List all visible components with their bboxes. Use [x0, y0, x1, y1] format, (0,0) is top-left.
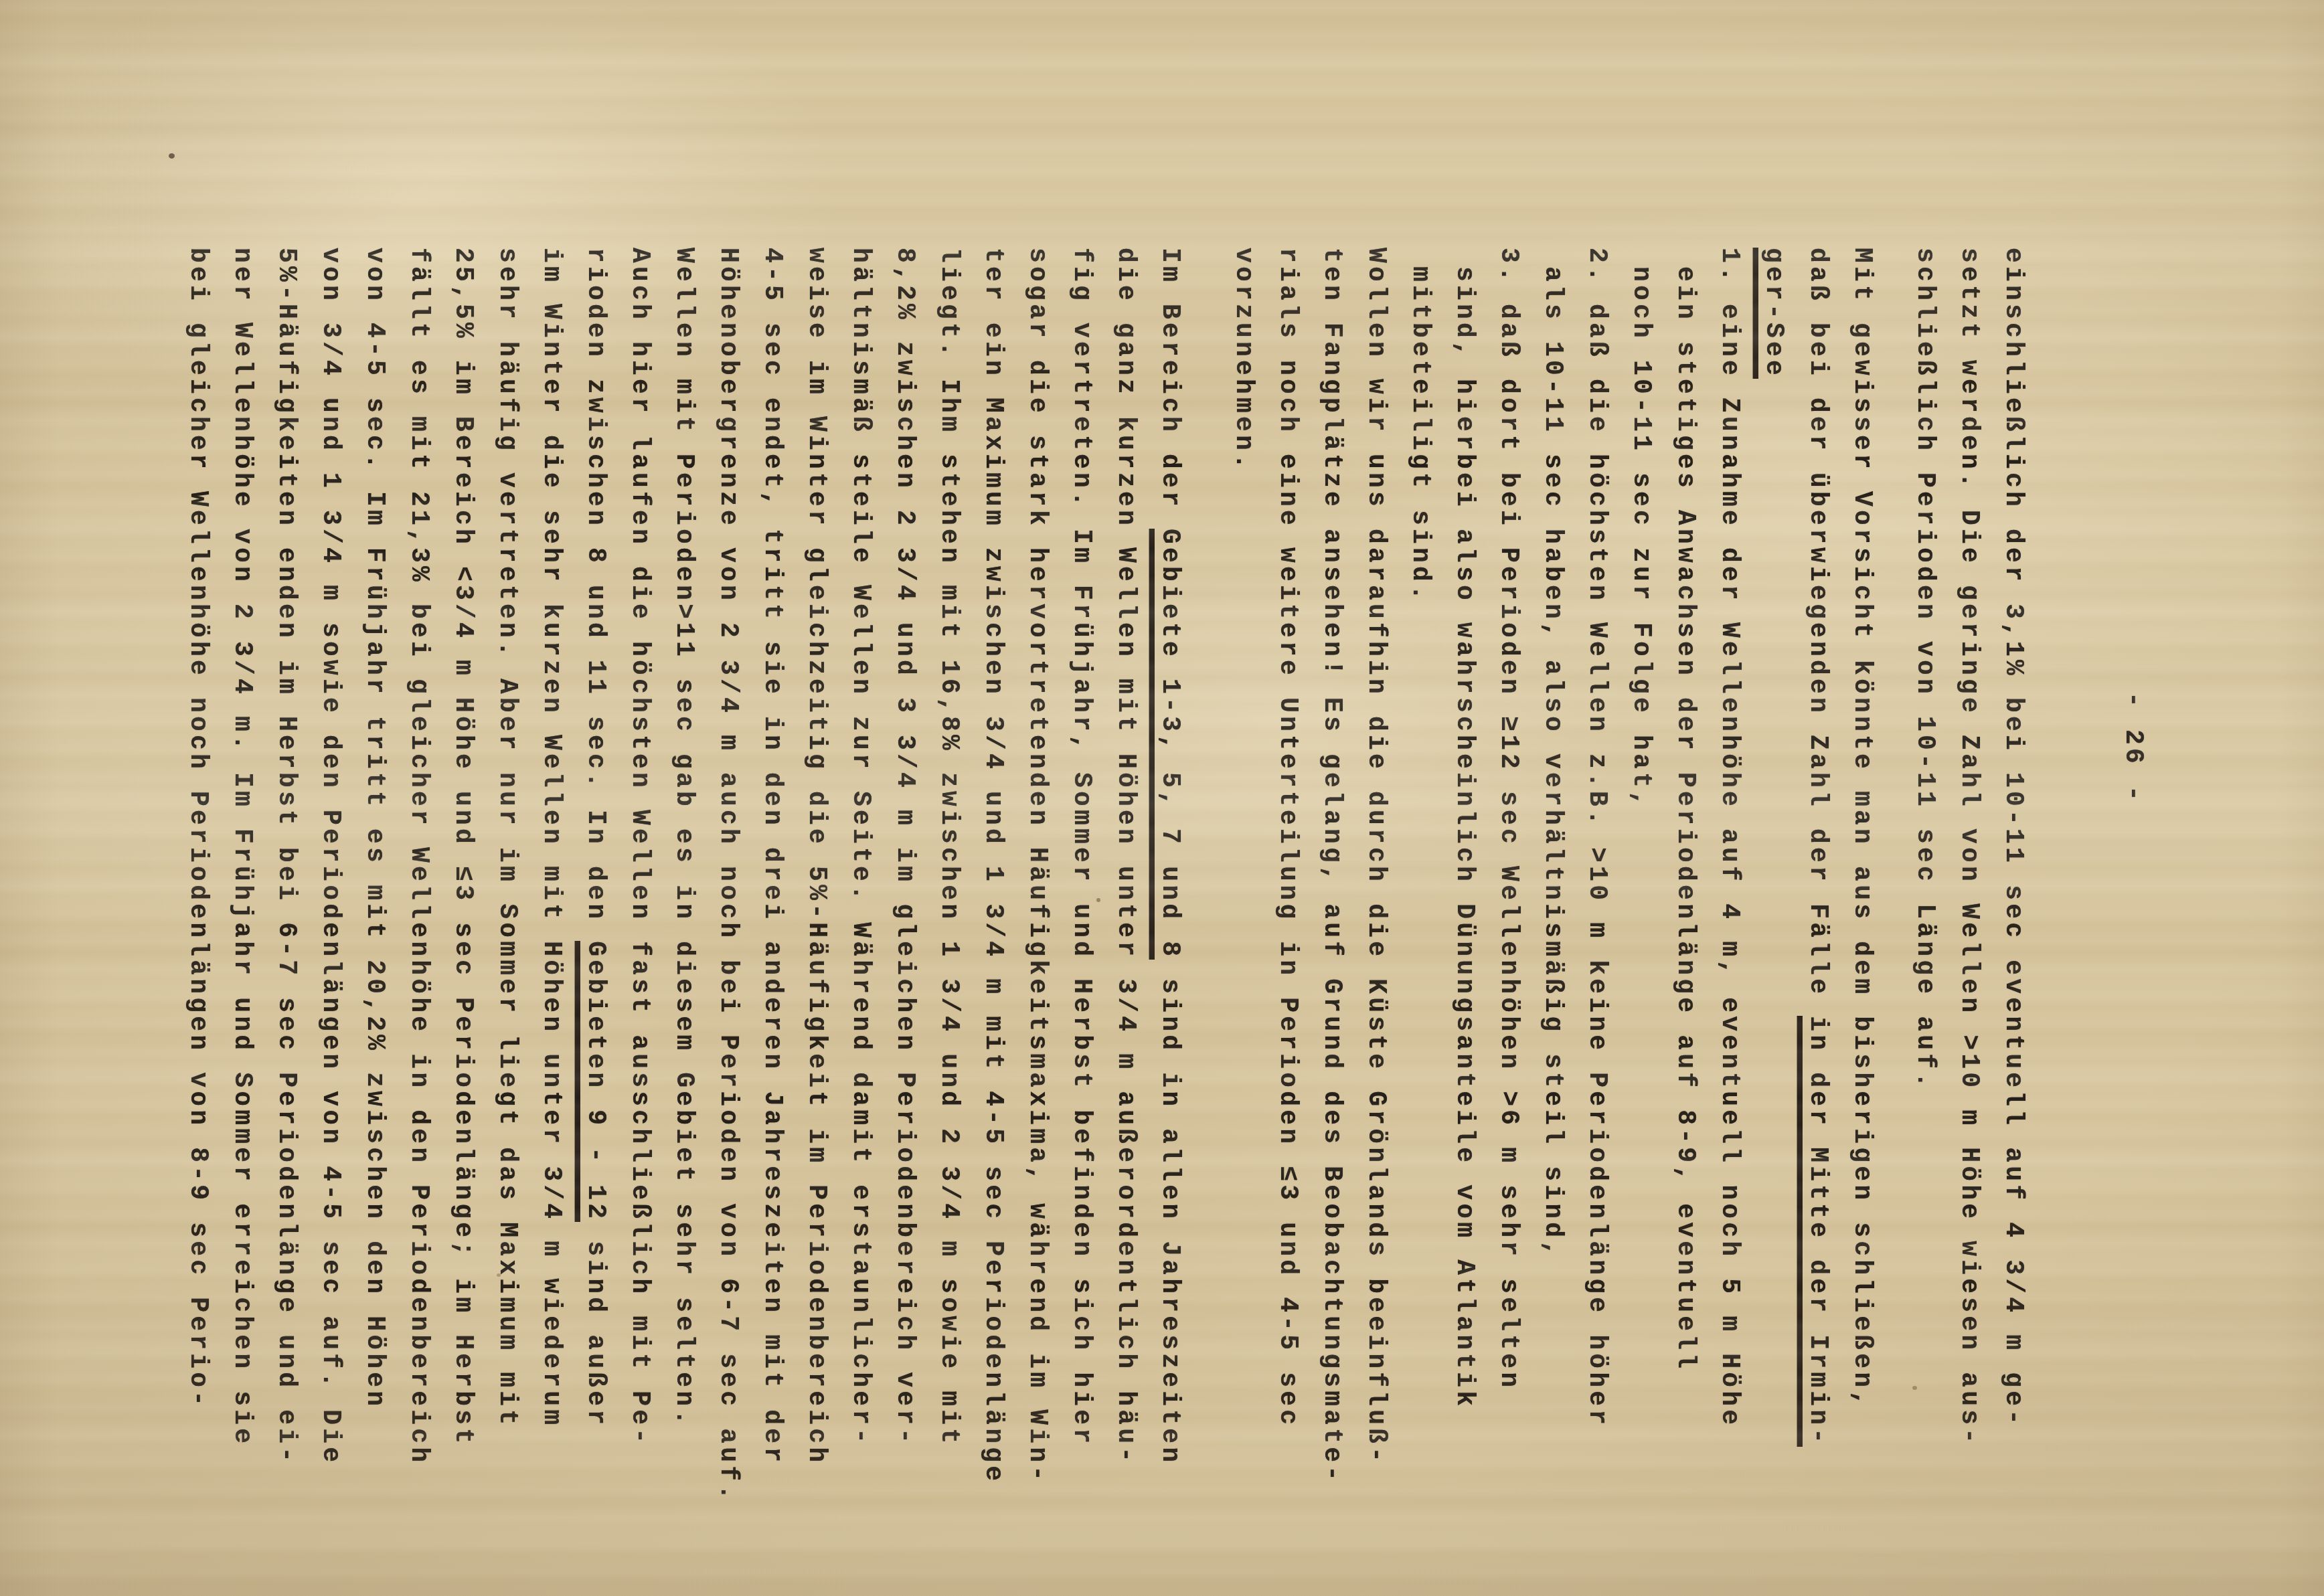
- text-segment: als 10-11 sec haben, also verhältnismäßi…: [1538, 266, 1567, 1259]
- text-segment: fällt es mit 21,3% bei gleicher Wellenhö…: [404, 248, 433, 1466]
- paper-speck: [1912, 1386, 1917, 1390]
- text-segment: rials noch eine weitere Unterteilung in …: [1273, 248, 1302, 1428]
- text-line: weise im Winter gleichzeitig die 5%-Häuf…: [794, 248, 838, 1503]
- text-line: als 10-11 sec haben, also verhältnismäßi…: [1530, 248, 1574, 1503]
- text-segment: Im Bereich der: [1155, 248, 1184, 529]
- text-segment: sehr häufig vertreten. Aber nur im Somme…: [493, 248, 521, 1428]
- text-segment: 4-5 sec endet, tritt sie in den drei and…: [758, 248, 786, 1466]
- text-segment: sind, hierbei also wahrscheinlich Dünung…: [1450, 266, 1479, 1409]
- underlined-text: in der Mitte der Irmin-: [1797, 1016, 1832, 1447]
- text-segment: rioden zwischen 8 und 11 sec. In den: [581, 248, 610, 941]
- text-segment: schließlich Perioden von 10-11 sec Länge…: [1910, 248, 1939, 1091]
- text-line: ten Fangplätze ansehen! Es gelang, auf G…: [1309, 248, 1353, 1503]
- text-line: 5%-Häufigkeiten enden im Herbst bei 6-7 …: [264, 248, 308, 1503]
- text-segment: daß bei der überwiegenden Zahl der Fälle: [1803, 248, 1832, 1016]
- text-segment: sind außer: [581, 1222, 610, 1428]
- text-segment: Auch hier laufen die höchsten Wellen fas…: [625, 248, 654, 1447]
- text-segment: 2. daß die höchsten Wellen z.B. >10 m ke…: [1582, 248, 1611, 1428]
- text-line: einschließlich der 3,1% bei 10-11 sec ev…: [1991, 248, 2035, 1503]
- text-line: 25,5% im Bereich <3/4 m Höhe und ≤3 sec …: [440, 248, 485, 1503]
- text-segment: Höhenobergrenze von 2 3/4 m auch noch be…: [714, 248, 742, 1503]
- text-line: von 4-5 sec. Im Frühjahr tritt es mit 20…: [352, 248, 396, 1503]
- paper-speck: [169, 153, 175, 159]
- text-line: rioden zwischen 8 und 11 sec. In den Geb…: [573, 248, 617, 1503]
- text-line: rials noch eine weitere Unterteilung in …: [1265, 248, 1309, 1503]
- text-line: noch 10-11 sec zur Folge hat,: [1618, 248, 1663, 1503]
- text-segment: weise im Winter gleichzeitig die 5%-Häuf…: [802, 248, 831, 1466]
- text-segment: hältnismäß steile Wellen zur Seite. Währ…: [846, 248, 875, 1447]
- text-segment: Wellen mit Perioden>11 sec gab es in die…: [669, 248, 698, 1428]
- text-line: daß bei der überwiegenden Zahl der Fälle…: [1795, 248, 1839, 1503]
- text-segment: sogar die stark hervortretenden Häufigke…: [1023, 248, 1052, 1484]
- text-line: im Winter die sehr kurzen Wellen mit Höh…: [529, 248, 573, 1503]
- text-line: ger-See: [1751, 248, 1795, 1503]
- text-segment: noch 10-11 sec zur Folge hat,: [1627, 266, 1655, 810]
- text-segment: von 3/4 und 1 3/4 m sowie den Periodenlä…: [316, 248, 345, 1466]
- text-segment: ein stetiges Anwachsen der Periodenlänge…: [1671, 266, 1699, 1372]
- text-line: Höhenobergrenze von 2 3/4 m auch noch be…: [705, 248, 750, 1503]
- text-segment: die ganz kurzen Wellen mit Höhen unter 3…: [1111, 248, 1140, 1466]
- text-segment: fig vertreten. Im Frühjahr, Sommer und H…: [1067, 248, 1096, 1447]
- text-line: hältnismäß steile Wellen zur Seite. Währ…: [838, 248, 882, 1503]
- text-line: 2. daß die höchsten Wellen z.B. >10 m ke…: [1574, 248, 1618, 1503]
- text-segment: ter ein Maximum zwischen 3/4 und 1 3/4 m…: [979, 248, 1007, 1484]
- paper-speck: [497, 1273, 501, 1277]
- text-line: die ganz kurzen Wellen mit Höhen unter 3…: [1103, 248, 1147, 1503]
- text-segment: einschließlich der 3,1% bei 10-11 sec ev…: [1999, 248, 2027, 1428]
- text-line: Wellen mit Perioden>11 sec gab es in die…: [661, 248, 705, 1503]
- text-segment: 3. daß dort bei Perioden ≥12 sec Wellenh…: [1494, 248, 1523, 1391]
- text-line: fällt es mit 21,3% bei gleicher Wellenhö…: [396, 248, 440, 1503]
- text-line: setzt werden. Die geringe Zahl von Welle…: [1946, 248, 1991, 1503]
- text-segment: bei gleicher Wellenhöhe noch Periodenlän…: [183, 248, 212, 1409]
- underlined-text: ger-See: [1753, 248, 1788, 379]
- paper-speck: [1096, 898, 1100, 902]
- text-segment: ner Wellenhöhe von 2 3/4 m. Im Frühjahr …: [228, 248, 256, 1447]
- text-line: Mit gewisser Vorsicht könnte man aus dem…: [1839, 248, 1884, 1503]
- text-line: ner Wellenhöhe von 2 3/4 m. Im Frühjahr …: [220, 248, 264, 1503]
- text-line: 8,2% zwischen 2 3/4 und 3 3/4 m im gleic…: [882, 248, 926, 1503]
- text-segment: sind in allen Jahreszeiten: [1155, 960, 1184, 1466]
- text-segment: 1. eine Zunahme der Wellenhöhe auf 4 m, …: [1715, 248, 1744, 1428]
- underlined-text: Gebiete 1-3, 5, 7 und 8: [1149, 529, 1184, 960]
- text-segment: Mit gewisser Vorsicht könnte man aus dem…: [1847, 248, 1876, 1409]
- text-line: sogar die stark hervortretenden Häufigke…: [1015, 248, 1059, 1503]
- text-line: liegt. Ihm stehen mit 16,8% zwischen 1 3…: [926, 248, 971, 1503]
- text-line: vorzunehmen.: [1221, 248, 1265, 1503]
- text-block: einschließlich der 3,1% bei 10-11 sec ev…: [175, 248, 2035, 1503]
- text-line: ter ein Maximum zwischen 3/4 und 1 3/4 m…: [971, 248, 1015, 1503]
- text-line: mitbeteiligt sind.: [1398, 248, 1442, 1503]
- scanned-document-screenshot: { "document": { "kind": "scanned typewri…: [0, 0, 2324, 1596]
- text-segment: von 4-5 sec. Im Frühjahr tritt es mit 20…: [360, 248, 389, 1409]
- text-line: Auch hier laufen die höchsten Wellen fas…: [617, 248, 661, 1503]
- typed-sheet: - 26 - einschließlich der 3,1% bei 10-11…: [0, 0, 2324, 1596]
- text-segment: 25,5% im Bereich <3/4 m Höhe und ≤3 sec …: [448, 248, 477, 1447]
- text-line: von 3/4 und 1 3/4 m sowie den Periodenlä…: [308, 248, 352, 1503]
- text-segment: mitbeteiligt sind.: [1406, 266, 1434, 604]
- text-line: sehr häufig vertreten. Aber nur im Somme…: [485, 248, 529, 1503]
- text-segment: liegt. Ihm stehen mit 16,8% zwischen 1 3…: [934, 248, 963, 1447]
- underlined-text: Gebieten 9 - 12: [575, 941, 610, 1222]
- page-number: - 26 -: [2119, 692, 2147, 804]
- text-segment: Wollen wir uns daraufhin die durch die K…: [1361, 248, 1390, 1466]
- text-line: 3. daß dort bei Perioden ≥12 sec Wellenh…: [1486, 248, 1530, 1503]
- text-segment: 8,2% zwischen 2 3/4 und 3 3/4 m im gleic…: [890, 248, 919, 1447]
- text-line: Im Bereich der Gebiete 1-3, 5, 7 und 8 s…: [1147, 248, 1191, 1503]
- text-line: fig vertreten. Im Frühjahr, Sommer und H…: [1059, 248, 1103, 1503]
- text-segment: im Winter die sehr kurzen Wellen mit Höh…: [537, 248, 566, 1428]
- text-segment: setzt werden. Die geringe Zahl von Welle…: [1955, 248, 1983, 1447]
- text-segment: 5%-Häufigkeiten enden im Herbst bei 6-7 …: [272, 248, 301, 1466]
- text-line: Wollen wir uns daraufhin die durch die K…: [1353, 248, 1398, 1503]
- text-line: bei gleicher Wellenhöhe noch Periodenlän…: [175, 248, 220, 1503]
- text-segment: ten Fangplätze ansehen! Es gelang, auf G…: [1317, 248, 1346, 1484]
- text-line: 1. eine Zunahme der Wellenhöhe auf 4 m, …: [1707, 248, 1751, 1503]
- text-line: 4-5 sec endet, tritt sie in den drei and…: [750, 248, 794, 1503]
- text-segment: vorzunehmen.: [1229, 248, 1258, 472]
- text-line: sind, hierbei also wahrscheinlich Dünung…: [1442, 248, 1486, 1503]
- text-line: ein stetiges Anwachsen der Periodenlänge…: [1663, 248, 1707, 1503]
- text-line: schließlich Perioden von 10-11 sec Länge…: [1902, 248, 1946, 1503]
